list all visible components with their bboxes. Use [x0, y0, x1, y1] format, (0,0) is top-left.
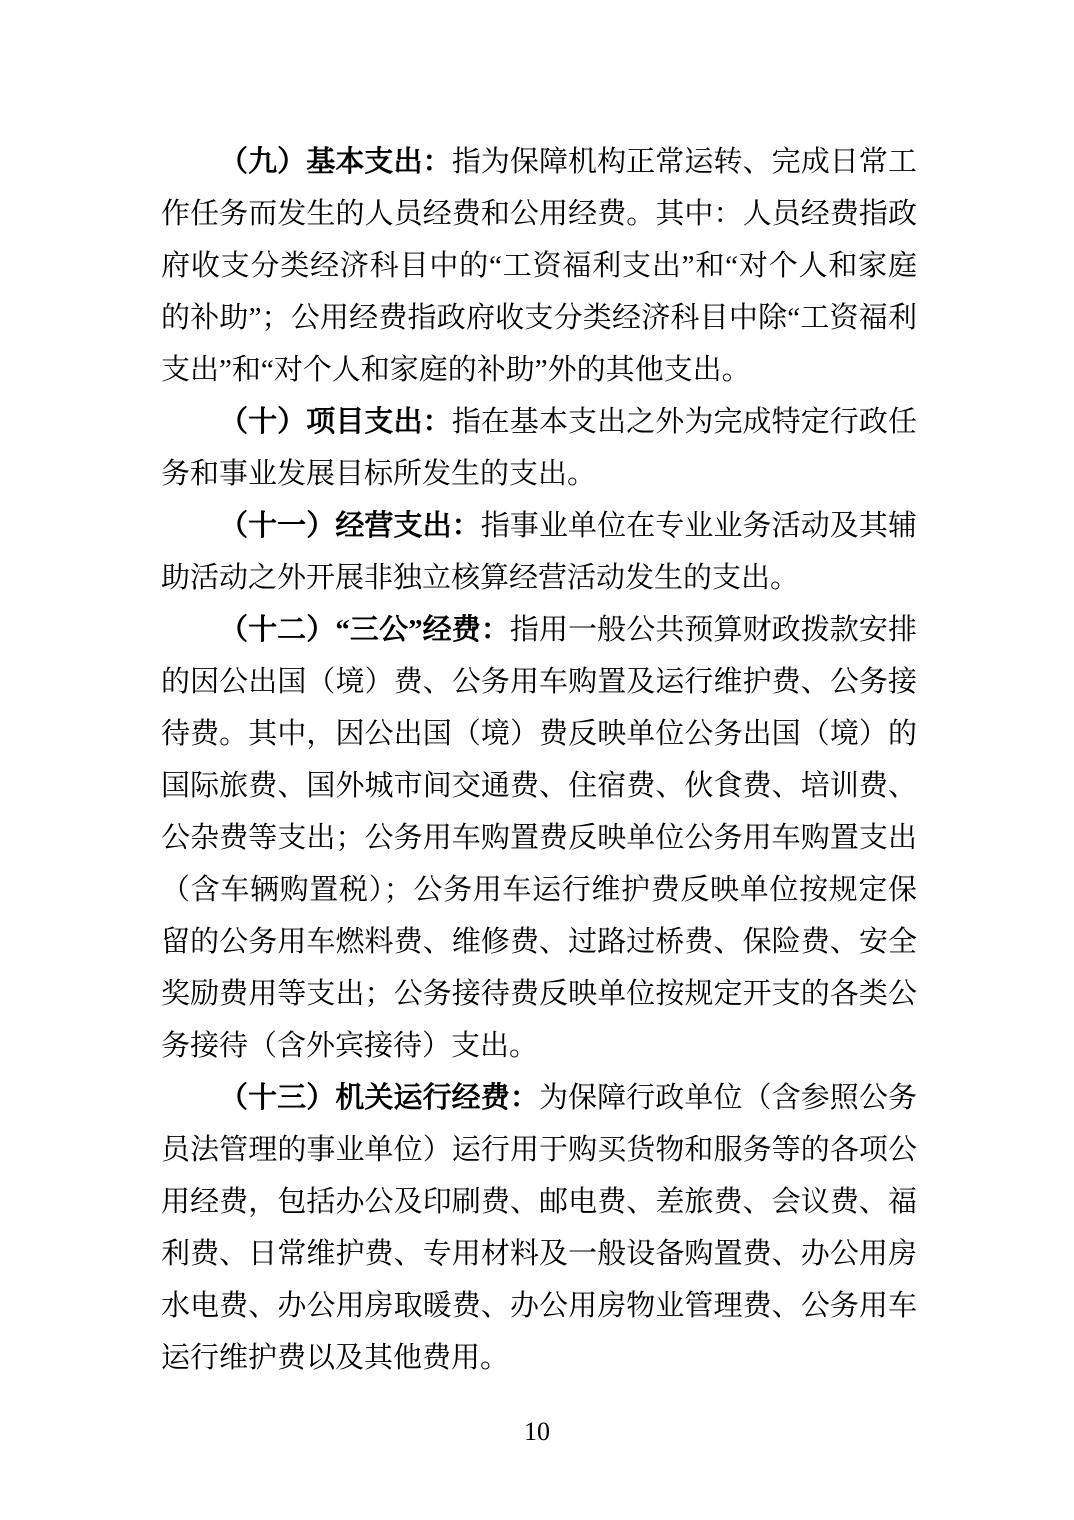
paragraph: （九）基本支出：指为保障机构正常运转、完成日常工作任务而发生的人员经费和公用经费… [161, 136, 917, 396]
paragraph-heading: （十二）“三公”经费： [219, 614, 510, 646]
page-number: 10 [0, 1412, 1074, 1452]
paragraph-body: 指为保障机构正常运转、完成日常工作任务而发生的人员经费和公用经费。其中：人员经费… [161, 146, 917, 386]
paragraph: （十三）机关运行经费：为保障行政单位（含参照公务员法管理的事业单位）运行用于购买… [161, 1072, 917, 1384]
document-body: （九）基本支出：指为保障机构正常运转、完成日常工作任务而发生的人员经费和公用经费… [161, 136, 917, 1384]
paragraph: （十一）经营支出：指事业单位在专业业务活动及其辅助活动之外开展非独立核算经营活动… [161, 500, 917, 604]
paragraph-heading: （十一）经营支出： [219, 510, 481, 542]
paragraph: （十二）“三公”经费：指用一般公共预算财政拨款安排的因公出国（境）费、公务用车购… [161, 604, 917, 1072]
paragraph-body: 指用一般公共预算财政拨款安排的因公出国（境）费、公务用车购置及运行维护费、公务接… [161, 614, 917, 1062]
paragraph-body: 为保障行政单位（含参照公务员法管理的事业单位）运行用于购买货物和服务等的各项公用… [161, 1082, 917, 1374]
paragraph: （十）项目支出：指在基本支出之外为完成特定行政任务和事业发展目标所发生的支出。 [161, 396, 917, 500]
paragraph-heading: （十三）机关运行经费： [219, 1082, 539, 1114]
paragraph-heading: （十）项目支出： [219, 406, 452, 438]
paragraph-heading: （九）基本支出： [219, 146, 452, 178]
document-page: （九）基本支出：指为保障机构正常运转、完成日常工作任务而发生的人员经费和公用经费… [0, 0, 1074, 1520]
